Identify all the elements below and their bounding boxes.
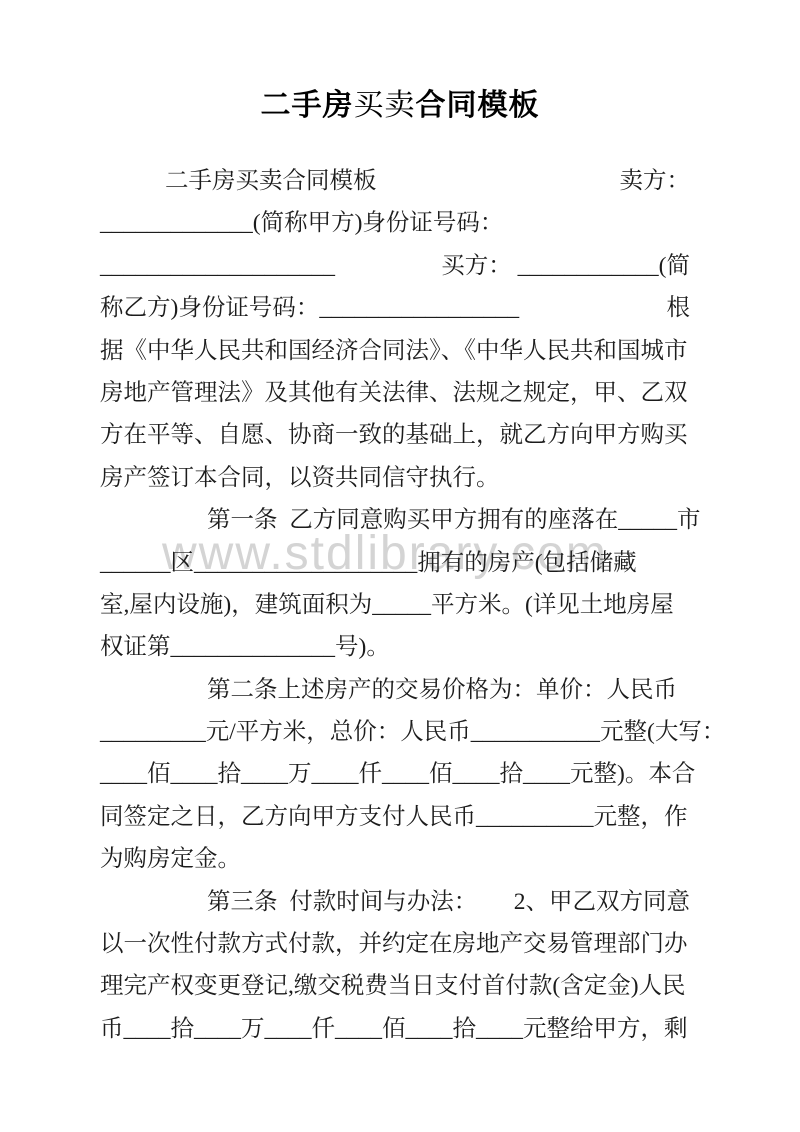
line-segment: _________元/平方米，总价：人民币___________元整(大写： xyxy=(100,719,725,745)
text-line: 第三条 付款时间与办法：2、甲乙双方同意 xyxy=(100,881,690,923)
line-segment: 币____拾____万____仟____佰____拾____元整给甲方，剩 xyxy=(100,1016,688,1042)
title-part-2: 买卖 xyxy=(354,89,416,122)
text-line: 房产签订本合同，以资共同信守执行。 xyxy=(100,457,690,499)
text-line: 方在平等、自愿、协商一致的基础上，就乙方向甲方购买 xyxy=(100,414,690,456)
text-line: _________元/平方米，总价：人民币___________元整(大写： xyxy=(100,711,690,753)
document-body: 二手房买卖合同模板卖方： _____________(简称甲方)身份证号码： _… xyxy=(100,160,690,1050)
line-segment: 房地产管理法》及其他有关法律、法规之规定，甲、乙双 xyxy=(100,380,688,406)
line-segment: ____________________ xyxy=(100,245,335,287)
text-line: 权证第______________号)。 xyxy=(100,626,690,668)
document-page: 二手房买卖合同模板 www.stdlibrary.com 二手房买卖合同模板卖方… xyxy=(0,0,800,1132)
line-segment: 二手房买卖合同模板 xyxy=(165,160,377,202)
text-line: 第二条上述房产的交易价格为：单价：人民币 xyxy=(100,669,690,711)
document-title: 二手房买卖合同模板 xyxy=(0,84,800,128)
line-segment: 第一条 乙方同意购买甲方拥有的座落在_____市 xyxy=(207,507,701,533)
line-segment: 2、甲乙双方同意 xyxy=(514,881,690,923)
text-line: ____佰____拾____万____仟____佰____拾____元整)。本合 xyxy=(100,753,690,795)
line-segment: 据《中华人民共和国经济合同法》、《中华人民共和国城市 xyxy=(100,338,688,364)
text-line: 以一次性付款方式付款，并约定在房地产交易管理部门办 xyxy=(100,923,690,965)
line-segment: 为购房定金。 xyxy=(100,846,241,872)
text-line: _____________(简称甲方)身份证号码： xyxy=(100,202,690,244)
line-segment: 根 xyxy=(667,287,691,329)
line-segment: 以一次性付款方式付款，并约定在房地产交易管理部门办 xyxy=(100,931,688,957)
text-line: 币____拾____万____仟____佰____拾____元整给甲方，剩 xyxy=(100,1008,690,1050)
text-line: 第一条 乙方同意购买甲方拥有的座落在_____市 xyxy=(100,499,690,541)
text-line: ______区___________________拥有的房产(包括储藏 xyxy=(100,542,690,584)
line-segment: 方在平等、自愿、协商一致的基础上，就乙方向甲方购买 xyxy=(100,422,688,448)
text-line: 称乙方)身份证号码：_________________根 xyxy=(100,287,690,329)
line-segment: 买方： ____________(简 xyxy=(441,245,690,287)
line-segment: 同签定之日，乙方向甲方支付人民币__________元整，作 xyxy=(100,804,688,830)
line-segment: 室,屋内设施)，建筑面积为_____平方米。(详见土地房屋 xyxy=(100,592,674,618)
line-segment: 房产签订本合同，以资共同信守执行。 xyxy=(100,465,500,491)
text-line: 同签定之日，乙方向甲方支付人民币__________元整，作 xyxy=(100,796,690,838)
line-segment: 权证第______________号)。 xyxy=(100,634,390,660)
line-segment: _____________(简称甲方)身份证号码： xyxy=(100,210,503,236)
line-segment: 第三条 付款时间与办法： xyxy=(207,881,477,923)
title-part-3: 合同模板 xyxy=(416,89,540,122)
title-part-1: 二手房 xyxy=(261,89,354,122)
line-segment: 称乙方)身份证号码：_________________ xyxy=(100,287,519,329)
line-segment: 理完产权变更登记,缴交税费当日支付首付款(含定金)人民 xyxy=(100,973,686,999)
line-segment: ______区___________________拥有的房产(包括储藏 xyxy=(100,550,637,576)
line-segment: 卖方： xyxy=(620,160,691,202)
text-line: 理完产权变更登记,缴交税费当日支付首付款(含定金)人民 xyxy=(100,965,690,1007)
text-line: 二手房买卖合同模板卖方： xyxy=(100,160,690,202)
text-line: 房地产管理法》及其他有关法律、法规之规定，甲、乙双 xyxy=(100,372,690,414)
text-line: 为购房定金。 xyxy=(100,838,690,880)
line-segment: ____佰____拾____万____仟____佰____拾____元整)。本合 xyxy=(100,761,695,787)
text-line: 据《中华人民共和国经济合同法》、《中华人民共和国城市 xyxy=(100,330,690,372)
line-segment: 第二条上述房产的交易价格为：单价：人民币 xyxy=(207,677,677,703)
text-line: 室,屋内设施)，建筑面积为_____平方米。(详见土地房屋 xyxy=(100,584,690,626)
text-line: ____________________买方： ____________(简 xyxy=(100,245,690,287)
